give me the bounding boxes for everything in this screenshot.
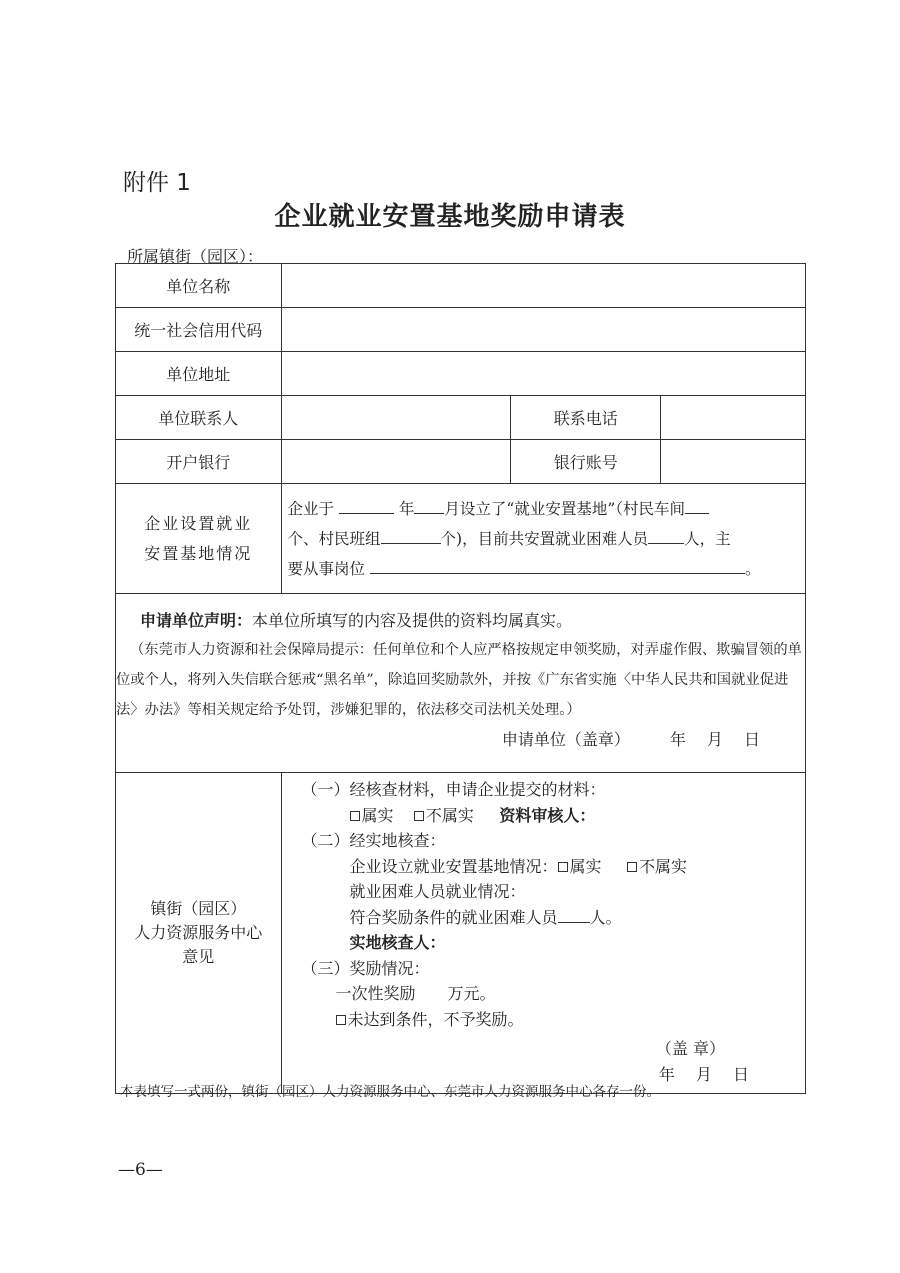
option-label: 属实 — [570, 857, 602, 876]
no-reward-label: 未达到条件，不予奖励。 — [348, 1010, 524, 1029]
attachment-label: 附件 1 — [123, 164, 191, 197]
review-label-2: 人力资源服务中心 — [116, 921, 281, 945]
review-section-3: （三）奖励情况： — [302, 956, 806, 982]
text: 月设立了“就业安置基地”（村民车间 — [444, 500, 685, 518]
blank-positions[interactable] — [370, 557, 745, 574]
row-credit-code: 统一社会信用代码 — [116, 308, 806, 352]
row-unit-name: 单位名称 — [116, 264, 806, 308]
row-address: 单位地址 — [116, 352, 806, 396]
checkbox-materials-true[interactable] — [350, 811, 360, 821]
label-phone: 联系电话 — [511, 396, 661, 440]
input-phone[interactable] — [661, 396, 806, 440]
label-account: 银行账号 — [511, 440, 661, 484]
situation-label-2: 安置基地情况 — [116, 539, 281, 569]
input-contact[interactable] — [281, 396, 511, 440]
review-content: （一）经核查材料，申请企业提交的材料： 属实 不属实 资料审核人： （二）经实地… — [281, 773, 806, 1094]
blank-workshops[interactable] — [685, 497, 709, 514]
label-bank: 开户银行 — [116, 440, 282, 484]
blank-persons[interactable] — [648, 527, 684, 544]
text: 人。 — [590, 908, 622, 927]
blank-qualified-count[interactable] — [558, 906, 590, 923]
declaration-heading: 申请单位声明： — [140, 611, 252, 630]
text: 年 — [399, 500, 415, 518]
text: 个、村民班组 — [288, 530, 381, 548]
text: 。 — [745, 560, 761, 578]
review-section-2: （二）经实地核查： — [302, 828, 806, 854]
page-number: —6— — [118, 1160, 163, 1180]
situation-content: 企业于 年月设立了“就业安置基地”（村民车间 个、村民班组个)，目前共安置就业困… — [281, 484, 806, 594]
label-credit-code: 统一社会信用代码 — [116, 308, 282, 352]
blank-year[interactable] — [339, 497, 394, 514]
application-form: 单位名称 统一社会信用代码 单位地址 单位联系人 联系电话 开户银行 银行账号 … — [115, 263, 806, 1094]
form-title: 企业就业安置基地奖励申请表 — [0, 196, 900, 233]
checkbox-base-false[interactable] — [627, 862, 637, 872]
input-address[interactable] — [281, 352, 806, 396]
input-unit-name[interactable] — [281, 264, 806, 308]
blank-month[interactable] — [414, 497, 444, 514]
input-account[interactable] — [661, 440, 806, 484]
review-label-1: 镇街（园区） — [116, 897, 281, 921]
input-bank[interactable] — [281, 440, 511, 484]
review-label-3: 意见 — [116, 945, 281, 969]
row-review: 镇街（园区） 人力资源服务中心 意见 （一）经核查材料，申请企业提交的材料： 属… — [116, 773, 806, 1094]
row-declaration: 申请单位声明：本单位所填写的内容及提供的资料均属真实。 （东莞市人力资源和社会保… — [116, 594, 806, 773]
checkbox-materials-false[interactable] — [414, 811, 424, 821]
footer-note: 本表填写一式两份，镇街（园区）人力资源服务中心、东莞市人力资源服务中心各存一份。 — [120, 1080, 660, 1100]
row-bank: 开户银行 银行账号 — [116, 440, 806, 484]
row-situation: 企业设置就业 安置基地情况 企业于 年月设立了“就业安置基地”（村民车间 个、村… — [116, 484, 806, 594]
option-label: 不属实 — [426, 806, 474, 825]
text: 要从事岗位 — [288, 560, 366, 578]
row-contact: 单位联系人 联系电话 — [116, 396, 806, 440]
base-situation-label: 企业设立就业安置基地情况： — [350, 857, 558, 876]
declaration-text: 本单位所填写的内容及提供的资料均属真实。 — [252, 611, 572, 630]
employment-label: 就业困难人员就业情况： — [302, 879, 806, 905]
text: 个)，目前共安置就业困难人员 — [441, 530, 649, 548]
situation-label-1: 企业设置就业 — [116, 509, 281, 539]
input-credit-code[interactable] — [281, 308, 806, 352]
review-section-1: （一）经核查材料，申请企业提交的材料： — [302, 777, 806, 803]
option-label: 不属实 — [639, 857, 687, 876]
checkbox-no-reward[interactable] — [336, 1015, 346, 1025]
checkbox-base-true[interactable] — [558, 862, 568, 872]
option-label: 属实 — [362, 806, 394, 825]
label-address: 单位地址 — [116, 352, 282, 396]
inspector-label: 实地核查人： — [350, 933, 446, 952]
reviewer-label: 资料审核人： — [499, 806, 595, 825]
declaration-signature: 申请单位（盖章） 年 月 日 — [116, 727, 805, 750]
declaration-note: （东莞市人力资源和社会保障局提示：任何单位和个人应严格按规定申领奖励，对弄虚作假… — [116, 635, 805, 725]
blank-teams[interactable] — [381, 527, 441, 544]
seal-label: （盖 章） — [302, 1036, 806, 1062]
text: 人，主 — [684, 530, 731, 548]
lump-sum-reward: 一次性奖励 万元。 — [302, 981, 806, 1007]
qualified-count-label: 符合奖励条件的就业困难人员 — [350, 908, 558, 927]
label-unit-name: 单位名称 — [116, 264, 282, 308]
text: 企业于 — [288, 500, 335, 518]
label-contact: 单位联系人 — [116, 396, 282, 440]
